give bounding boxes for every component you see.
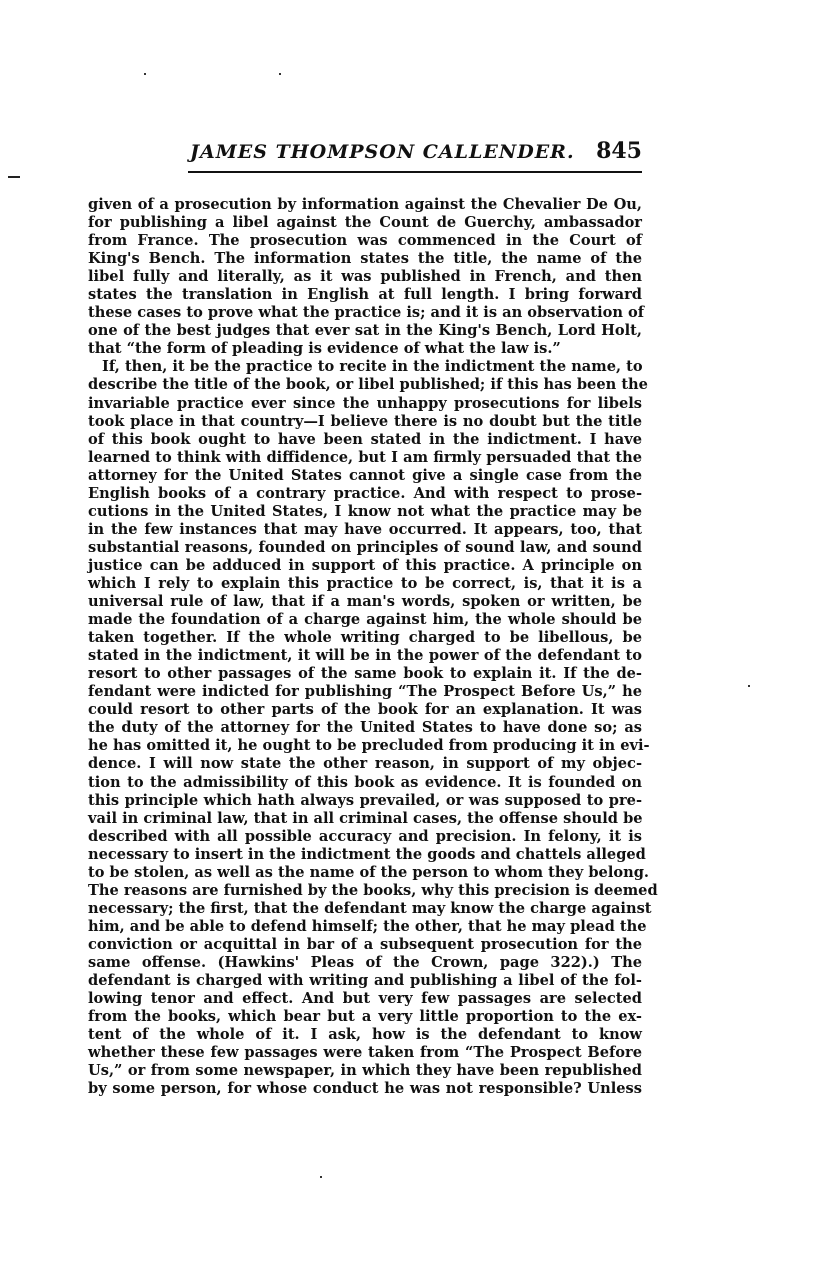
text-line: taken together. If the whole writing cha… (88, 629, 642, 647)
text-line: whether these few passages were taken fr… (88, 1044, 642, 1062)
text-line: the duty of the attorney for the United … (88, 719, 642, 737)
text-line: by some person, for whose conduct he was… (88, 1080, 642, 1098)
text-line: of this book ought to have been stated i… (88, 431, 642, 449)
text-line: substantial reasons, founded on principl… (88, 539, 642, 557)
header-rule (188, 171, 642, 173)
text-line: states the translation in English at ful… (88, 286, 642, 304)
page-number: 845 (596, 138, 642, 164)
text-line: justice can be adduced in support of thi… (88, 557, 642, 575)
text-line: tion to the admissibility of this book a… (88, 774, 642, 792)
text-line: describe the title of the book, or libel… (88, 376, 642, 394)
text-line: he has omitted it, he ought to be preclu… (88, 737, 642, 755)
text-line: English books of a contrary practice. An… (88, 485, 642, 503)
text-line: resort to other passages of the same boo… (88, 665, 642, 683)
text-line: could resort to other parts of the book … (88, 701, 642, 719)
text-line: to be stolen, as well as the name of the… (88, 864, 642, 882)
text-line: that “the form of pleading is evidence o… (88, 340, 642, 358)
margin-dash (8, 176, 20, 178)
scan-speck (144, 73, 146, 75)
scan-speck (279, 73, 281, 75)
scan-speck (320, 1176, 322, 1178)
text-line: given of a prosecution by information ag… (88, 196, 642, 214)
text-line: libel fully and literally, as it was pub… (88, 268, 642, 286)
text-line: King's Bench. The information states the… (88, 250, 642, 268)
scan-speck (748, 685, 750, 687)
text-line: in the few instances that may have occur… (88, 521, 642, 539)
text-line: from France. The prosecution was commenc… (88, 232, 642, 250)
text-line: attorney for the United States cannot gi… (88, 467, 642, 485)
text-line: same offense. (Hawkins' Pleas of the Cro… (88, 954, 642, 972)
text-line: him, and be able to defend himself; the … (88, 918, 642, 936)
text-line: If, then, it be the practice to recite i… (88, 358, 642, 376)
text-line: cutions in the United States, I know not… (88, 503, 642, 521)
page-header: JAMES THOMPSON CALLENDER. 845 (190, 138, 642, 174)
text-line: necessary; the first, that the defendant… (88, 900, 642, 918)
text-line: which I rely to explain this practice to… (88, 575, 642, 593)
book-page: JAMES THOMPSON CALLENDER. 845 given of a… (0, 0, 836, 1284)
body-text: given of a prosecution by information ag… (88, 196, 642, 1098)
text-line: defendant is charged with writing and pu… (88, 972, 642, 990)
text-line: fendant were indicted for publishing “Th… (88, 683, 642, 701)
text-line: universal rule of law, that if a man's w… (88, 593, 642, 611)
text-line: one of the best judges that ever sat in … (88, 322, 642, 340)
text-line: invariable practice ever since the unhap… (88, 395, 642, 413)
running-title: JAMES THOMPSON CALLENDER. (190, 141, 575, 163)
text-line: The reasons are furnished by the books, … (88, 882, 642, 900)
text-line: this principle which hath always prevail… (88, 792, 642, 810)
text-line: described with all possible accuracy and… (88, 828, 642, 846)
text-line: tent of the whole of it. I ask, how is t… (88, 1026, 642, 1044)
text-line: learned to think with diffidence, but I … (88, 449, 642, 467)
text-line: necessary to insert in the indictment th… (88, 846, 642, 864)
text-line: made the foundation of a charge against … (88, 611, 642, 629)
text-line: dence. I will now state the other reason… (88, 755, 642, 773)
text-line: took place in that country—I believe the… (88, 413, 642, 431)
text-line: lowing tenor and effect. And but very fe… (88, 990, 642, 1008)
text-line: conviction or acquittal in bar of a subs… (88, 936, 642, 954)
text-line: for publishing a libel against the Count… (88, 214, 642, 232)
text-line: Us,” or from some newspaper, in which th… (88, 1062, 642, 1080)
text-line: these cases to prove what the practice i… (88, 304, 642, 322)
text-line: vail in criminal law, that in all crimin… (88, 810, 642, 828)
text-line: from the books, which bear but a very li… (88, 1008, 642, 1026)
text-line: stated in the indictment, it will be in … (88, 647, 642, 665)
